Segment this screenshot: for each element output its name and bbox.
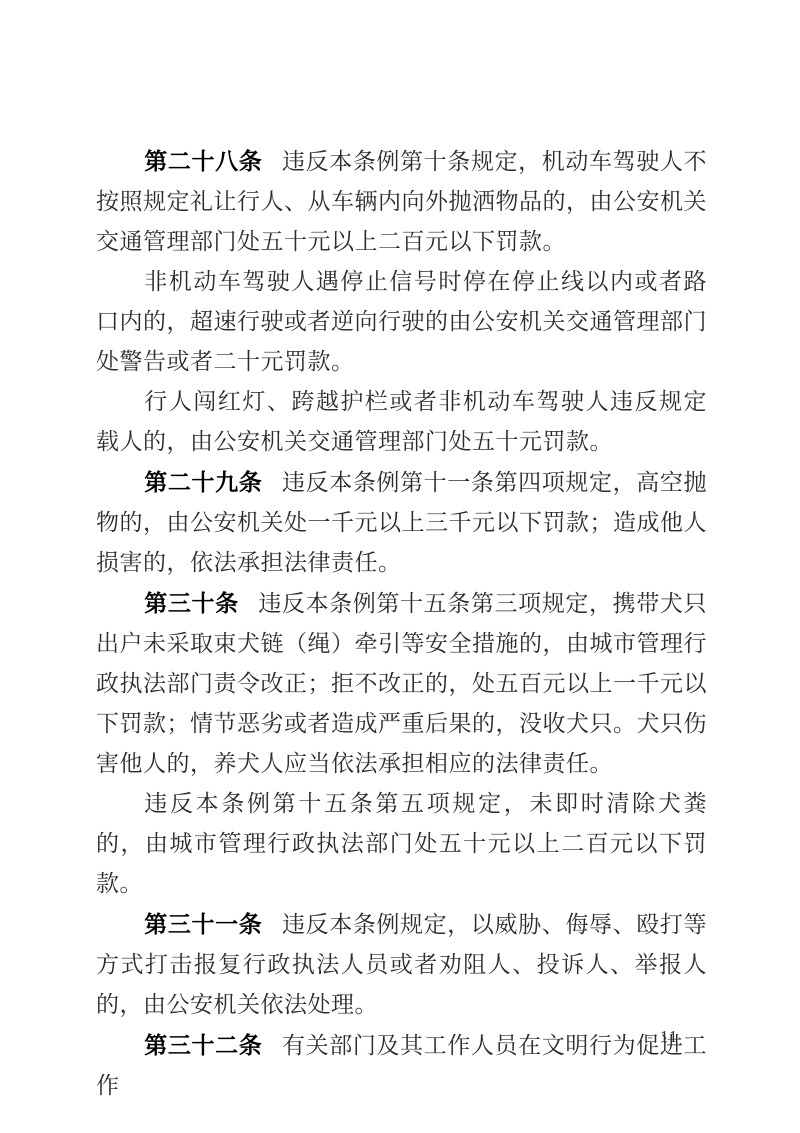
- article-number: 第二十八条: [144, 148, 262, 174]
- page-number-value: 11: [660, 1027, 678, 1046]
- paragraph-article-29: 第二十九条违反本条例第十一条第四项规定，高空抛物的，由公安机关处一千元以上三千元…: [96, 462, 707, 583]
- document-body: 第二十八条违反本条例第十条规定，机动车驾驶人不按照规定礼让行人、从车辆内向外抛洒…: [96, 141, 707, 1106]
- paragraph-text: 违反本条例第十五条第三项规定，携带犬只出户未采取束犬链（绳）牵引等安全措施的，由…: [96, 591, 707, 776]
- paragraph: 行人闯红灯、跨越护栏或者非机动车驾驶人违反规定载人的，由公安机关交通管理部门处五…: [96, 382, 707, 462]
- paragraph-text: 非机动车驾驶人遇停止信号时停在停止线以内或者路口内的，超速行驶或者逆向行驶的由公…: [96, 269, 707, 374]
- article-number: 第三十条: [144, 590, 238, 616]
- paragraph: 违反本条例第十五条第五项规定，未即时清除犬粪的，由城市管理行政执法部门处五十元以…: [96, 784, 707, 904]
- paragraph-article-30: 第三十条违反本条例第十五条第三项规定，携带犬只出户未采取束犬链（绳）牵引等安全措…: [96, 583, 707, 784]
- article-number: 第三十一条: [144, 911, 262, 937]
- page-number-dash-right: -: [678, 1027, 697, 1046]
- paragraph-article-28: 第二十八条违反本条例第十条规定，机动车驾驶人不按照规定礼让行人、从车辆内向外抛洒…: [96, 141, 707, 262]
- article-number: 第二十九条: [144, 469, 262, 495]
- paragraph-text: 违反本条例第十五条第五项规定，未即时清除犬粪的，由城市管理行政执法部门处五十元以…: [96, 791, 707, 896]
- paragraph-text: 行人闯红灯、跨越护栏或者非机动车驾驶人违反规定载人的，由公安机关交通管理部门处五…: [96, 389, 707, 454]
- page-number-dash-left: -: [641, 1027, 660, 1046]
- page-number: -11-: [0, 1026, 697, 1048]
- document-page: 第二十八条违反本条例第十条规定，机动车驾驶人不按照规定礼让行人、从车辆内向外抛洒…: [0, 0, 800, 1133]
- paragraph-article-31: 第三十一条违反本条例规定，以威胁、侮辱、殴打等方式打击报复行政执法人员或者劝阻人…: [96, 904, 707, 1025]
- paragraph: 非机动车驾驶人遇停止信号时停在停止线以内或者路口内的，超速行驶或者逆向行驶的由公…: [96, 262, 707, 382]
